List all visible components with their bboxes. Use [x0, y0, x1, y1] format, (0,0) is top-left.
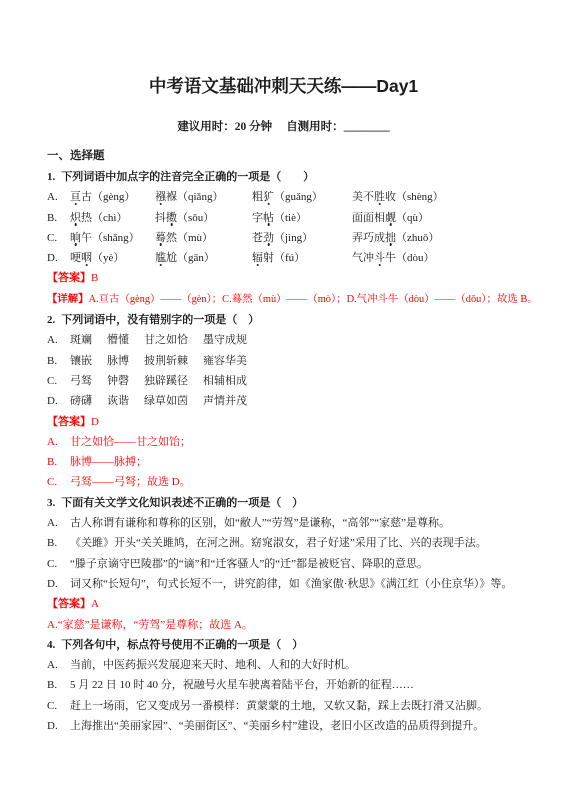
option-word: 弓驽: [70, 375, 92, 387]
question-block-1: 1.下列词语中加点字的注音完全正确的一项是（ ） A.亘古（gèng）襁褓（qi…: [47, 167, 532, 310]
option-row: C.“滕子京谪守巴陵郡”的“谪”和“迁客骚人”的“迁”都是被贬官、降职的意思。: [47, 554, 532, 574]
option-text: 词又称“长短句”，句式长短不一，讲究韵律，如《渔家傲·秋思》《满江红（小住京华）…: [70, 578, 512, 590]
option-label: B.: [47, 208, 61, 228]
option-row: A.古人称谓有谦称和尊称的区别，如“敝人”“劳驾”是谦称，“高邻”“家慈”是尊称…: [47, 513, 532, 533]
explanation-text: A.“家慈”是谦称，“劳驾”是尊称；故选 A。: [47, 619, 253, 631]
document-page: 中考语文基础冲刺天天练——Day1 建议用时：20 分钟自测用时：_______…: [0, 0, 566, 800]
option-row: D.哽咽（yè）尴尬（gān）辐射（fú）气冲斗牛（dòu）: [47, 248, 532, 268]
explanation-line: A.甘之如恰——甘之如饴；: [47, 432, 532, 452]
option-label: C.: [47, 228, 61, 248]
question-stem-text: 下面有关文学文化知识表述不正确的一项是（ ）: [61, 497, 303, 509]
option-word: 绿草如茵: [144, 395, 188, 407]
self-test-label: 自测用时：: [286, 121, 344, 133]
answer-value: A: [91, 598, 99, 610]
option-label: A.: [47, 330, 61, 350]
option-text: 当前，中医药振兴发展迎来天时、地利、人和的大好时机。: [70, 659, 356, 671]
option-text: 5 月 22 日 10 时 40 分，祝融号火星车驶离着陆平台，开始新的征程……: [70, 679, 414, 691]
explanation-text: 弓驽——弓弩；故选 D。: [70, 476, 191, 488]
self-test-blank: ________: [344, 121, 390, 133]
option-word: 苍劲（jìng）: [252, 228, 352, 248]
option-word: 懵懂: [107, 334, 129, 346]
option-word: 炽热（chì）: [70, 208, 155, 228]
explanation-line: B.脉博——脉搏；: [47, 452, 532, 472]
option-row: D.词又称“长短句”，句式长短不一，讲究韵律，如《渔家傲·秋思》《满江红（小住京…: [47, 574, 532, 594]
document-title: 中考语文基础冲刺天天练——Day1: [47, 76, 520, 96]
explanation-label: 【详解】: [47, 294, 89, 305]
option-word: 粗犷（guǎng）: [252, 187, 352, 207]
answer-label: 【答案】: [47, 598, 91, 610]
option-word: 蓦然（mù）: [155, 228, 252, 248]
option-label: C.: [47, 696, 61, 716]
explanation-line: A.“家慈”是谦称，“劳驾”是尊称；故选 A。: [47, 615, 532, 635]
option-text: 《关雎》开头“关关雎鸠，在河之洲。窈窕淑女，君子好逑”采用了比、兴的表现手法。: [70, 537, 487, 549]
explanation-text: A.亘古（gèng）——（gèn）；C.蓦然（mù）——（mò）；D.气冲斗牛（…: [89, 294, 538, 305]
option-text: 古人称谓有谦称和尊称的区别，如“敝人”“劳驾”是谦称，“高邻”“家慈”是尊称。: [70, 517, 450, 529]
answer-line: 【答案】D: [47, 412, 532, 432]
option-word: 字帖（tiè）: [252, 208, 352, 228]
answer-label: 【答案】: [47, 416, 91, 428]
question-number: 3.: [47, 497, 55, 509]
explanation-line: C.弓驽——弓弩；故选 D。: [47, 472, 532, 492]
option-word: 辐射（fú）: [252, 248, 352, 268]
option-word: 尴尬（gān）: [155, 248, 252, 268]
explanation-text: 甘之如恰——甘之如饴；: [70, 436, 191, 448]
explanation-item-label: A.: [47, 432, 61, 452]
option-row: B.《关雎》开头“关关雎鸠，在河之洲。窈窕淑女，君子好逑”采用了比、兴的表现手法…: [47, 533, 532, 553]
option-row: B.炽热（chì）抖擞（sǒu）字帖（tiè）面面相觑（qù）: [47, 208, 532, 228]
option-word: 甘之如恰: [144, 334, 188, 346]
question-stem-text: 下列各句中，标点符号使用不正确的一项是（ ）: [61, 639, 303, 651]
option-word: 美不胜收（shèng）: [352, 191, 444, 203]
option-label: A.: [47, 655, 61, 675]
option-row: D.上海推出“美丽家园”、“美丽街区”、“美丽乡村”建设，老旧小区改造的品质得到…: [47, 716, 532, 736]
option-word: 镶嵌: [70, 355, 92, 367]
option-row: C.弓驽钟磬独辟蹊径相辅相成: [47, 371, 532, 391]
question-stem: 2.下列词语中，没有错别字的一项是（ ）: [47, 310, 532, 330]
option-row: B.5 月 22 日 10 时 40 分，祝融号火星车驶离着陆平台，开始新的征程…: [47, 675, 532, 695]
question-number: 2.: [47, 314, 55, 326]
question-number: 4.: [47, 639, 55, 651]
question-stem-text: 下列词语中，没有错别字的一项是（ ）: [61, 314, 259, 326]
option-word: 墨守成规: [203, 334, 247, 346]
option-label: C.: [47, 371, 61, 391]
option-row: C.晌午（shǎng）蓦然（mù）苍劲（jìng）弄巧成拙（zhuō）: [47, 228, 532, 248]
option-label: D.: [47, 248, 61, 268]
option-word: 磅礴: [70, 395, 92, 407]
explanation-item-label: C.: [47, 472, 61, 492]
option-label: A.: [47, 187, 61, 207]
explanation-text: 脉博——脉搏；: [70, 456, 147, 468]
option-word: 弄巧成拙（zhuō）: [352, 232, 439, 244]
option-label: D.: [47, 716, 61, 736]
question-block-2: 2.下列词语中，没有错别字的一项是（ ） A.斑斓懵懂甘之如恰墨守成规 B.镶嵌…: [47, 310, 532, 493]
option-text: 赶上一场雨，它又变成另一番模样：黄蒙蒙的土地，又软又黏，踩上去既打滑又沾脚。: [70, 700, 488, 712]
option-row: A.斑斓懵懂甘之如恰墨守成规: [47, 330, 532, 350]
question-block-3: 3.下面有关文学文化知识表述不正确的一项是（ ） A.古人称谓有谦称和尊称的区别…: [47, 493, 532, 635]
option-word: 相辅相成: [203, 375, 247, 387]
option-word: 抖擞（sǒu）: [155, 208, 252, 228]
option-label: C.: [47, 554, 61, 574]
answer-line: 【答案】A: [47, 594, 532, 614]
option-word: 披荆斩棘: [144, 355, 188, 367]
option-word: 雍容华美: [203, 355, 247, 367]
option-label: B.: [47, 351, 61, 371]
question-stem: 1.下列词语中加点字的注音完全正确的一项是（ ）: [47, 167, 532, 187]
section-heading: 一、选择题: [47, 146, 532, 167]
option-word: 脉博: [107, 355, 129, 367]
question-stem: 3.下面有关文学文化知识表述不正确的一项是（ ）: [47, 493, 532, 513]
option-row: D.磅礴诙谐绿草如茵声情并茂: [47, 391, 532, 411]
answer-line: 【答案】B: [47, 268, 532, 288]
option-label: A.: [47, 513, 61, 533]
option-label: D.: [47, 391, 61, 411]
answer-label: 【答案】: [47, 272, 91, 284]
option-label: B.: [47, 675, 61, 695]
document-body: 1.下列词语中加点字的注音完全正确的一项是（ ） A.亘古（gèng）襁褓（qi…: [47, 167, 532, 736]
option-word: 襁褓（qiǎng）: [155, 187, 252, 207]
question-number: 1.: [47, 171, 55, 183]
option-label: D.: [47, 574, 61, 594]
option-word: 晌午（shǎng）: [70, 228, 155, 248]
option-word: 钟磬: [107, 375, 129, 387]
suggested-time-label: 建议用时：20 分钟: [177, 121, 272, 133]
option-row: A.当前，中医药振兴发展迎来天时、地利、人和的大好时机。: [47, 655, 532, 675]
option-text: “滕子京谪守巴陵郡”的“谪”和“迁客骚人”的“迁”都是被贬官、降职的意思。: [70, 558, 428, 570]
option-row: C.赶上一场雨，它又变成另一番模样：黄蒙蒙的土地，又软又黏，踩上去既打滑又沾脚。: [47, 696, 532, 716]
option-word: 气冲斗牛（dòu）: [352, 252, 435, 264]
option-word: 斑斓: [70, 334, 92, 346]
option-word: 哽咽（yè）: [70, 248, 155, 268]
answer-value: B: [91, 272, 98, 284]
explanation-item-label: B.: [47, 452, 61, 472]
question-stem: 4.下列各句中，标点符号使用不正确的一项是（ ）: [47, 635, 532, 655]
option-word: 面面相觑（qù）: [352, 212, 429, 224]
question-stem-text: 下列词语中加点字的注音完全正确的一项是（ ）: [61, 171, 314, 183]
answer-value: D: [91, 416, 99, 428]
option-row: A.亘古（gèng）襁褓（qiǎng）粗犷（guǎng）美不胜收（shèng）: [47, 187, 532, 207]
option-word: 亘古（gèng）: [70, 187, 155, 207]
timing-line: 建议用时：20 分钟自测用时：________: [47, 120, 520, 134]
option-word: 声情并茂: [203, 395, 247, 407]
option-word: 诙谐: [107, 395, 129, 407]
option-word: 独辟蹊径: [144, 375, 188, 387]
option-label: B.: [47, 533, 61, 553]
explanation-line: 【详解】A.亘古（gèng）——（gèn）；C.蓦然（mù）——（mò）；D.气…: [47, 289, 532, 310]
option-row: B.镶嵌脉博披荆斩棘雍容华美: [47, 351, 532, 371]
option-text: 上海推出“美丽家园”、“美丽街区”、“美丽乡村”建设，老旧小区改造的品质得到提升…: [70, 720, 484, 732]
question-block-4: 4.下列各句中，标点符号使用不正确的一项是（ ） A.当前，中医药振兴发展迎来天…: [47, 635, 532, 736]
